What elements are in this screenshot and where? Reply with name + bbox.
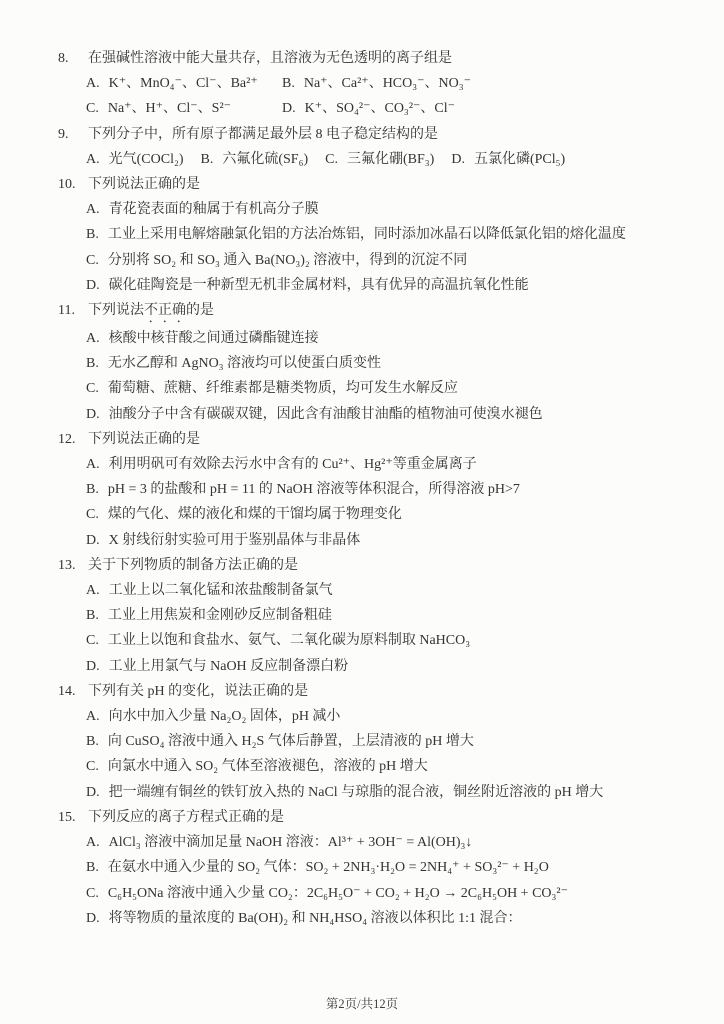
option-text: 无水乙醇和 AgNO₃ 溶液均可以使蛋白质变性: [108, 351, 381, 376]
option-c: C. 三氟化硼(BF₃): [325, 147, 434, 172]
question-8: 8. 在强碱性溶液中能大量共存，且溶液为无色透明的离子组是 A. K⁺、MnO₄…: [58, 46, 688, 122]
option-a: A. 青花瓷表面的釉属于有机高分子膜: [58, 197, 688, 222]
page-footer: 第2页/共12页: [0, 994, 724, 1012]
option-b: B. 六氟化硫(SF₆): [201, 147, 309, 172]
option-d: D. 油酸分子中含有碳碳双键，因此含有油酸甘油酯的植物油可使溴水褪色: [58, 402, 688, 427]
option-label: D.: [451, 147, 465, 172]
option-d: D. 碳化硅陶瓷是一种新型无机非金属材料，具有优异的高温抗氧化性能: [58, 273, 688, 298]
option-label: C.: [86, 376, 99, 401]
option-a: A. 工业上以二氧化锰和浓盐酸制备氯气: [58, 578, 688, 603]
option-label: B.: [282, 71, 295, 96]
option-text: 光气(COCl₂): [109, 147, 184, 172]
option-c: C. 煤的气化、煤的液化和煤的干馏均属于物理变化: [58, 502, 688, 527]
option-label: D.: [86, 273, 100, 298]
question-stem: 关于下列物质的制备方法正确的是: [88, 553, 688, 578]
option-d: D. 五氯化磷(PCl₅): [451, 147, 565, 172]
option-text: 五氯化磷(PCl₅): [474, 147, 565, 172]
option-label: B.: [201, 147, 214, 172]
question-number: 15.: [58, 805, 88, 830]
option-text: 把一端缠有铜丝的铁钉放入热的 NaCl 与琼脂的混合液，铜丝附近溶液的 pH 增…: [109, 780, 604, 805]
options-grid: A. K⁺、MnO₄⁻、Cl⁻、Ba²⁺ B. Na⁺、Ca²⁺、HCO₃⁻、N…: [58, 71, 688, 121]
option-text: X 射线衍射实验可用于鉴别晶体与非晶体: [109, 528, 361, 553]
question-13: 13. 关于下列物质的制备方法正确的是 A. 工业上以二氧化锰和浓盐酸制备氯气 …: [58, 553, 688, 679]
question-12: 12. 下列说法正确的是 A. 利用明矾可有效除去污水中含有的 Cu²⁺、Hg²…: [58, 427, 688, 553]
emphasized-text: 不正确: [144, 303, 186, 318]
option-text: AlCl₃ 溶液中滴加足量 NaOH 溶液：Al³⁺ + 3OH⁻ = Al(O…: [109, 830, 473, 855]
option-label: A.: [86, 71, 100, 96]
option-text: 青花瓷表面的釉属于有机高分子膜: [109, 197, 319, 222]
option-d: D. 将等物质的量浓度的 Ba(OH)₂ 和 NH₄HSO₄ 溶液以体积比 1:…: [58, 906, 688, 931]
option-label: B.: [86, 855, 99, 880]
option-text: 向水中加入少量 Na₂O₂ 固体，pH 减小: [109, 704, 341, 729]
option-c: C. Na⁺、H⁺、Cl⁻、S²⁻: [86, 96, 282, 121]
exam-content: 8. 在强碱性溶液中能大量共存，且溶液为无色透明的离子组是 A. K⁺、MnO₄…: [0, 0, 724, 931]
option-text: C₆H₅ONa 溶液中通入少量 CO₂：2C₆H₅O⁻ + CO₂ + H₂O …: [108, 881, 568, 906]
option-label: C.: [86, 754, 99, 779]
option-text: 向氯水中通入 SO₂ 气体至溶液褪色，溶液的 pH 增大: [108, 754, 428, 779]
option-a: A. K⁺、MnO₄⁻、Cl⁻、Ba²⁺: [86, 71, 282, 96]
option-label: D.: [86, 402, 100, 427]
option-text: 核酸中核苷酸之间通过磷酯键连接: [109, 326, 319, 351]
option-c: C. 向氯水中通入 SO₂ 气体至溶液褪色，溶液的 pH 增大: [58, 754, 688, 779]
option-text: 六氟化硫(SF₆): [222, 147, 308, 172]
option-d: D. 把一端缠有铜丝的铁钉放入热的 NaCl 与琼脂的混合液，铜丝附近溶液的 p…: [58, 780, 688, 805]
option-text: 煤的气化、煤的液化和煤的干馏均属于物理变化: [108, 502, 402, 527]
option-text: 葡萄糖、蔗糖、纤维素都是糖类物质，均可发生水解反应: [108, 376, 458, 401]
option-label: B.: [86, 729, 99, 754]
question-number: 12.: [58, 427, 88, 452]
option-label: C.: [86, 96, 99, 121]
option-d: D. K⁺、SO₄²⁻、CO₃²⁻、Cl⁻: [282, 96, 688, 121]
question-stem: 下列说法不正确的是: [88, 298, 688, 326]
option-text: 工业上用焦炭和金刚砂反应制备粗硅: [108, 603, 332, 628]
option-label: A.: [86, 578, 100, 603]
question-number: 13.: [58, 553, 88, 578]
option-a: A. 核酸中核苷酸之间通过磷酯键连接: [58, 326, 688, 351]
option-b: B. 工业上用焦炭和金刚砂反应制备粗硅: [58, 603, 688, 628]
option-text: K⁺、MnO₄⁻、Cl⁻、Ba²⁺: [109, 71, 258, 96]
option-a: A. 光气(COCl₂): [86, 147, 184, 172]
question-11: 11. 下列说法不正确的是 A. 核酸中核苷酸之间通过磷酯键连接 B. 无水乙醇…: [58, 298, 688, 427]
option-text: 利用明矾可有效除去污水中含有的 Cu²⁺、Hg²⁺等重金属离子: [109, 452, 477, 477]
question-stem: 下列有关 pH 的变化，说法正确的是: [88, 679, 688, 704]
option-c: C. 工业上以饱和食盐水、氨气、二氧化碳为原料制取 NaHCO₃: [58, 628, 688, 653]
option-text: pH = 3 的盐酸和 pH = 11 的 NaOH 溶液等体积混合，所得溶液 …: [108, 477, 520, 502]
options-row: A. 光气(COCl₂) B. 六氟化硫(SF₆) C. 三氟化硼(BF₃) D…: [58, 147, 688, 172]
option-c: C. 葡萄糖、蔗糖、纤维素都是糖类物质，均可发生水解反应: [58, 376, 688, 401]
option-text: 在氨水中通入少量的 SO₂ 气体：SO₂ + 2NH₃·H₂O = 2NH₄⁺ …: [108, 855, 549, 880]
option-text: K⁺、SO₄²⁻、CO₃²⁻、Cl⁻: [305, 96, 455, 121]
option-b: B. 无水乙醇和 AgNO₃ 溶液均可以使蛋白质变性: [58, 351, 688, 376]
option-b: B. 在氨水中通入少量的 SO₂ 气体：SO₂ + 2NH₃·H₂O = 2NH…: [58, 855, 688, 880]
option-text: 碳化硅陶瓷是一种新型无机非金属材料，具有优异的高温抗氧化性能: [109, 273, 529, 298]
question-number: 11.: [58, 298, 88, 326]
option-label: D.: [86, 654, 100, 679]
option-text: 工业上用氯气与 NaOH 反应制备漂白粉: [109, 654, 349, 679]
exam-page: 8. 在强碱性溶液中能大量共存，且溶液为无色透明的离子组是 A. K⁺、MnO₄…: [0, 0, 724, 1024]
option-label: D.: [282, 96, 296, 121]
option-text: 向 CuSO₄ 溶液中通入 H₂S 气体后静置，上层清液的 pH 增大: [108, 729, 474, 754]
option-label: D.: [86, 780, 100, 805]
option-text: 工业上以饱和食盐水、氨气、二氧化碳为原料制取 NaHCO₃: [108, 628, 470, 653]
question-number: 14.: [58, 679, 88, 704]
question-stem: 下列分子中，所有原子都满足最外层 8 电子稳定结构的是: [88, 122, 688, 147]
question-10: 10. 下列说法正确的是 A. 青花瓷表面的釉属于有机高分子膜 B. 工业上采用…: [58, 172, 688, 298]
option-label: C.: [325, 147, 338, 172]
option-label: B.: [86, 603, 99, 628]
question-stem: 下列说法正确的是: [88, 427, 688, 452]
option-text: 将等物质的量浓度的 Ba(OH)₂ 和 NH₄HSO₄ 溶液以体积比 1:1 混…: [109, 906, 522, 931]
option-label: C.: [86, 502, 99, 527]
option-label: A.: [86, 830, 100, 855]
option-b: B. pH = 3 的盐酸和 pH = 11 的 NaOH 溶液等体积混合，所得…: [58, 477, 688, 502]
option-c: C. C₆H₅ONa 溶液中通入少量 CO₂：2C₆H₅O⁻ + CO₂ + H…: [58, 881, 688, 906]
option-a: A. 利用明矾可有效除去污水中含有的 Cu²⁺、Hg²⁺等重金属离子: [58, 452, 688, 477]
option-label: A.: [86, 197, 100, 222]
option-d: D. X 射线衍射实验可用于鉴别晶体与非晶体: [58, 528, 688, 553]
option-b: B. 向 CuSO₄ 溶液中通入 H₂S 气体后静置，上层清液的 pH 增大: [58, 729, 688, 754]
option-text: 分别将 SO₂ 和 SO₃ 通入 Ba(NO₃)₂ 溶液中，得到的沉淀不同: [108, 248, 467, 273]
question-number: 8.: [58, 46, 88, 71]
option-text: 工业上以二氧化锰和浓盐酸制备氯气: [109, 578, 333, 603]
option-label: A.: [86, 326, 100, 351]
option-label: A.: [86, 704, 100, 729]
option-text: 油酸分子中含有碳碳双键，因此含有油酸甘油酯的植物油可使溴水褪色: [109, 402, 543, 427]
option-a: A. 向水中加入少量 Na₂O₂ 固体，pH 减小: [58, 704, 688, 729]
option-label: C.: [86, 248, 99, 273]
option-text: Na⁺、H⁺、Cl⁻、S²⁻: [108, 96, 231, 121]
question-number: 10.: [58, 172, 88, 197]
option-label: B.: [86, 222, 99, 247]
option-label: A.: [86, 452, 100, 477]
option-label: D.: [86, 528, 100, 553]
option-d: D. 工业上用氯气与 NaOH 反应制备漂白粉: [58, 654, 688, 679]
question-stem: 下列说法正确的是: [88, 172, 688, 197]
option-text: Na⁺、Ca²⁺、HCO₃⁻、NO₃⁻: [304, 71, 471, 96]
option-text: 工业上采用电解熔融氯化铝的方法冶炼铝，同时添加冰晶石以降低氯化铝的熔化温度: [108, 222, 626, 247]
option-b: B. Na⁺、Ca²⁺、HCO₃⁻、NO₃⁻: [282, 71, 688, 96]
question-14: 14. 下列有关 pH 的变化，说法正确的是 A. 向水中加入少量 Na₂O₂ …: [58, 679, 688, 805]
option-label: B.: [86, 351, 99, 376]
option-label: A.: [86, 147, 100, 172]
question-stem: 下列反应的离子方程式正确的是: [88, 805, 688, 830]
question-9: 9. 下列分子中，所有原子都满足最外层 8 电子稳定结构的是 A. 光气(COC…: [58, 122, 688, 172]
option-label: C.: [86, 881, 99, 906]
option-a: A. AlCl₃ 溶液中滴加足量 NaOH 溶液：Al³⁺ + 3OH⁻ = A…: [58, 830, 688, 855]
option-c: C. 分别将 SO₂ 和 SO₃ 通入 Ba(NO₃)₂ 溶液中，得到的沉淀不同: [58, 248, 688, 273]
option-b: B. 工业上采用电解熔融氯化铝的方法冶炼铝，同时添加冰晶石以降低氯化铝的熔化温度: [58, 222, 688, 247]
option-label: C.: [86, 628, 99, 653]
question-15: 15. 下列反应的离子方程式正确的是 A. AlCl₃ 溶液中滴加足量 NaOH…: [58, 805, 688, 931]
question-number: 9.: [58, 122, 88, 147]
option-label: B.: [86, 477, 99, 502]
option-text: 三氟化硼(BF₃): [347, 147, 434, 172]
question-stem: 在强碱性溶液中能大量共存，且溶液为无色透明的离子组是: [88, 46, 688, 71]
option-label: D.: [86, 906, 100, 931]
